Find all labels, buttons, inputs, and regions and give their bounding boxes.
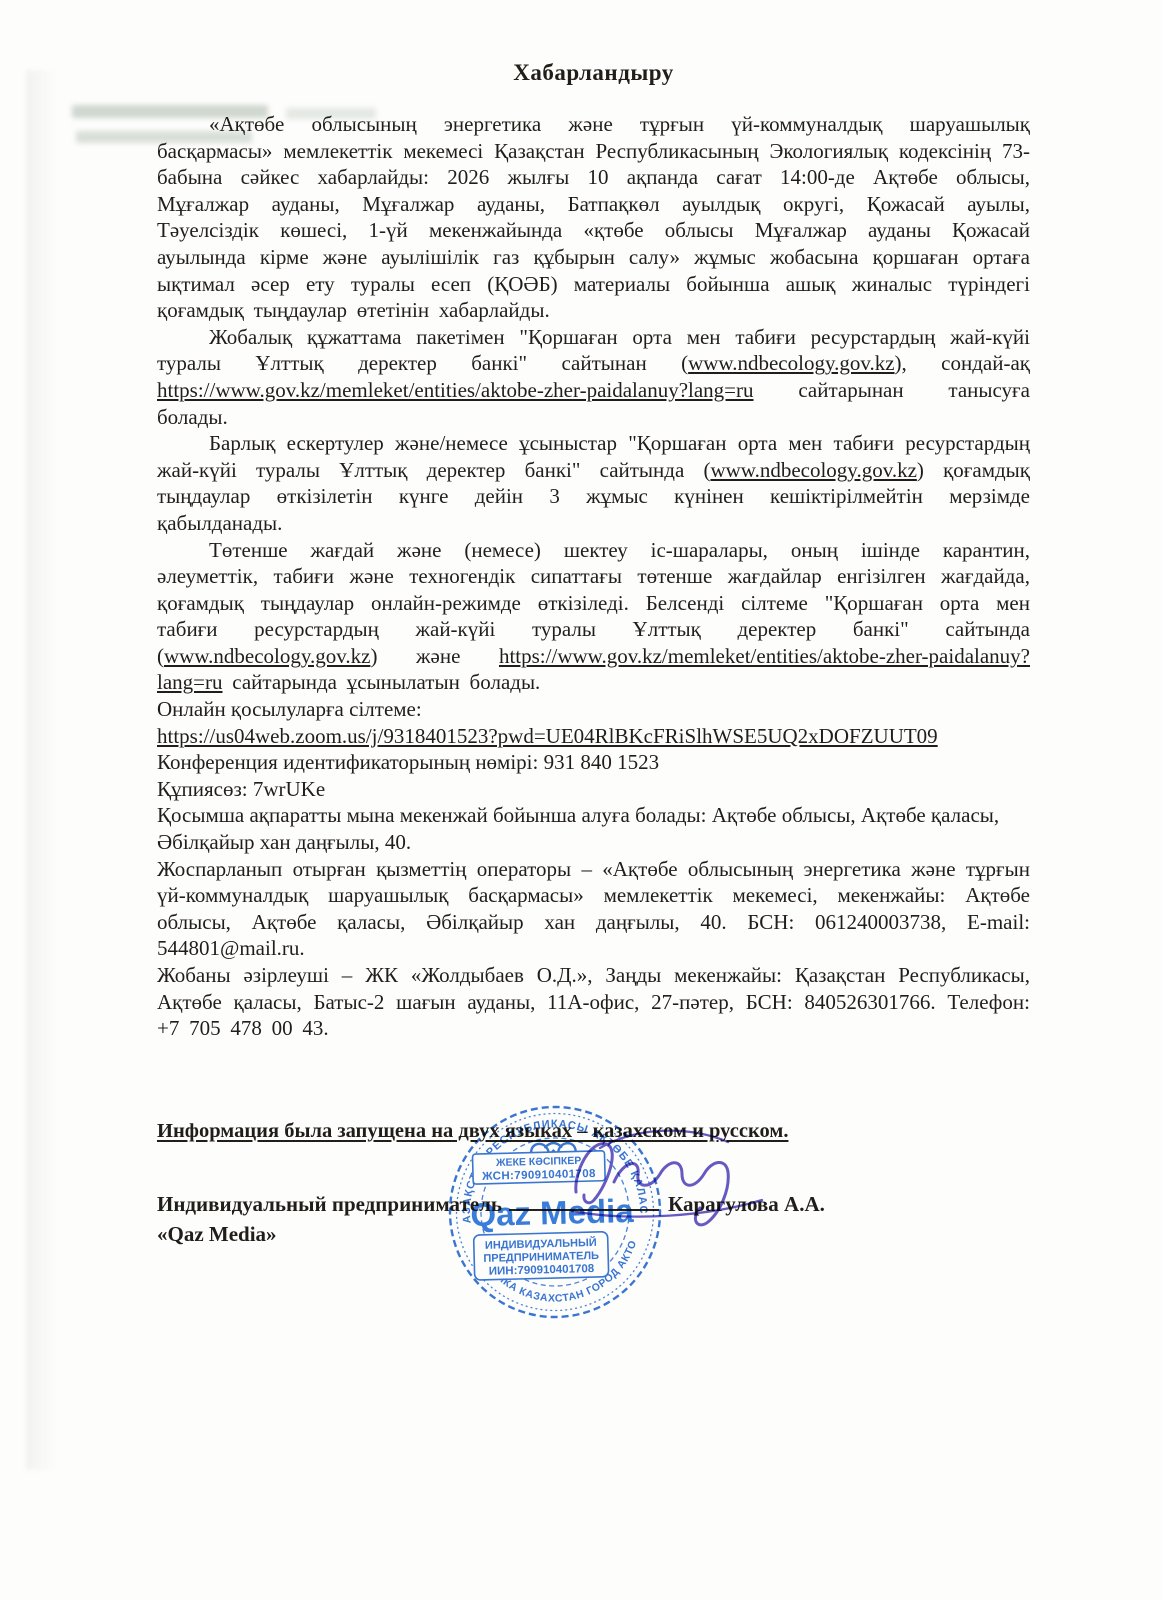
paragraph: Барлық ескертулер және/немесе ұсыныстар … xyxy=(157,430,1030,536)
handwritten-signature xyxy=(550,1114,802,1230)
url-text: https://us04web.zoom.us/j/9318401523?pwd… xyxy=(157,724,938,748)
url-text: www.ndbecology.gov.kz xyxy=(688,351,894,375)
paragraph: Жобаны әзірлеуші – ЖК «Жолдыбаев О.Д.», … xyxy=(157,962,1030,1042)
text-segment: ), сондай-ақ xyxy=(895,351,1030,375)
text-segment: ) және xyxy=(370,644,499,668)
url-text: https://www.gov.kz/memleket/entities/akt… xyxy=(157,378,754,402)
paragraph: https://us04web.zoom.us/j/9318401523?pwd… xyxy=(157,723,1030,750)
scan-artifact-streak xyxy=(26,70,56,1470)
paragraph: Төтенше жағдай және (немесе) шектеу іс-ш… xyxy=(157,537,1030,697)
text-segment: Құпиясөз: 7wrUKe xyxy=(157,777,325,801)
document-title: Хабарландыру xyxy=(157,60,1030,86)
paragraph: Қосымша ақпаратты мына мекенжай бойынша … xyxy=(157,802,1030,855)
url-text: www.ndbecology.gov.kz xyxy=(164,644,370,668)
paragraph: Құпиясөз: 7wrUKe xyxy=(157,776,1030,803)
paragraph: Онлайн қосылуларға сілтеме: xyxy=(157,696,1030,723)
text-segment: Жоспарланып отырған қызметтің операторы … xyxy=(157,857,1030,961)
url-text: www.ndbecology.gov.kz xyxy=(710,458,916,482)
document-body: «Ақтөбе облысының энергетика және тұрғын… xyxy=(157,111,1030,1042)
text-segment: Конференция идентификаторының нөмірі: 93… xyxy=(157,750,659,774)
paragraph: Жобалық құжаттама пакетімен "Қоршаған ор… xyxy=(157,324,1030,430)
text-segment: сайтарында ұсынылатын болады. xyxy=(223,670,541,694)
stamp-bottom-banner: ИНДИВИДУАЛЬНЫЙ ПРЕДПРИНИМАТЕЛЬ ИИН:79091… xyxy=(474,1232,609,1280)
scanned-page: Хабарландыру «Ақтөбе облысының энергетик… xyxy=(0,0,1163,1600)
text-segment: «Ақтөбе облысының энергетика және тұрғын… xyxy=(157,112,1030,322)
paragraph: Конференция идентификаторының нөмірі: 93… xyxy=(157,749,1030,776)
text-segment: Онлайн қосылуларға сілтеме: xyxy=(157,697,422,721)
paragraph: Жоспарланып отырған қызметтің операторы … xyxy=(157,856,1030,962)
paragraph: «Ақтөбе облысының энергетика және тұрғын… xyxy=(157,111,1030,324)
text-segment: Жобаны әзірлеуші – ЖК «Жолдыбаев О.Д.», … xyxy=(157,963,1030,1040)
text-segment: Қосымша ақпаратты мына мекенжай бойынша … xyxy=(157,803,999,854)
document-content: Хабарландыру «Ақтөбе облысының энергетик… xyxy=(157,60,1030,1249)
